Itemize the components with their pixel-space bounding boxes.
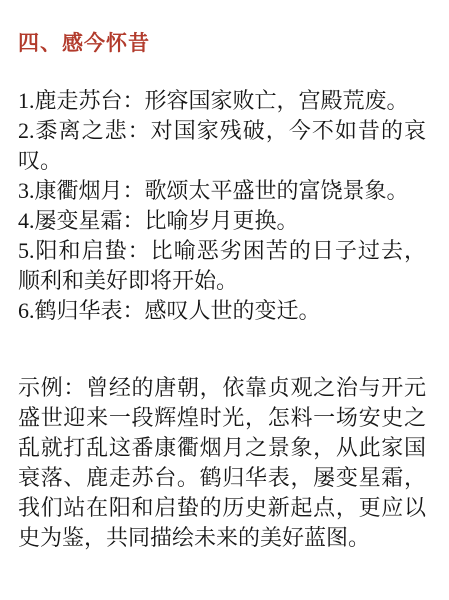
example-paragraph: 示例：曾经的唐朝，依靠贞观之治与开元盛世迎来一段辉煌时光，怎料一场安史之乱就打乱… (18, 373, 426, 553)
example-label: 示例： (18, 375, 86, 400)
idiom-term: 6.鹤归华表： (18, 298, 145, 323)
idiom-term: 5.阳和启蛰： (18, 238, 151, 263)
example-text: 曾经的唐朝，依靠贞观之治与开元盛世迎来一段辉煌时光，怎料一场安史之乱就打乱这番康… (18, 375, 426, 550)
list-item: 5.阳和启蛰：比喻恶劣困苦的日子过去，顺利和美好即将开始。 (18, 236, 426, 296)
idiom-list: 1.鹿走苏台：形容国家败亡，宫殿荒废。 2.黍离之悲：对国家残破，今不如昔的哀叹… (18, 86, 426, 326)
idiom-term: 2.黍离之悲： (18, 118, 151, 143)
document-page: 四、感今怀昔 1.鹿走苏台：形容国家败亡，宫殿荒废。 2.黍离之悲：对国家残破，… (0, 0, 449, 600)
list-item: 6.鹤归华表：感叹人世的变迁。 (18, 296, 426, 326)
idiom-term: 4.屡变星霜： (18, 208, 145, 233)
idiom-definition: 歌颂太平盛世的富饶景象。 (145, 178, 409, 203)
idiom-definition: 形容国家败亡，宫殿荒废。 (145, 88, 409, 113)
idiom-term: 1.鹿走苏台： (18, 88, 145, 113)
list-item: 1.鹿走苏台：形容国家败亡，宫殿荒废。 (18, 86, 426, 116)
idiom-term: 3.康衢烟月： (18, 178, 145, 203)
list-item: 4.屡变星霜：比喻岁月更换。 (18, 206, 426, 236)
idiom-definition: 感叹人世的变迁。 (145, 298, 321, 323)
section-heading: 四、感今怀昔 (18, 30, 426, 56)
idiom-definition: 比喻岁月更换。 (145, 208, 299, 233)
list-item: 3.康衢烟月：歌颂太平盛世的富饶景象。 (18, 176, 426, 206)
list-item: 2.黍离之悲：对国家残破，今不如昔的哀叹。 (18, 116, 426, 176)
